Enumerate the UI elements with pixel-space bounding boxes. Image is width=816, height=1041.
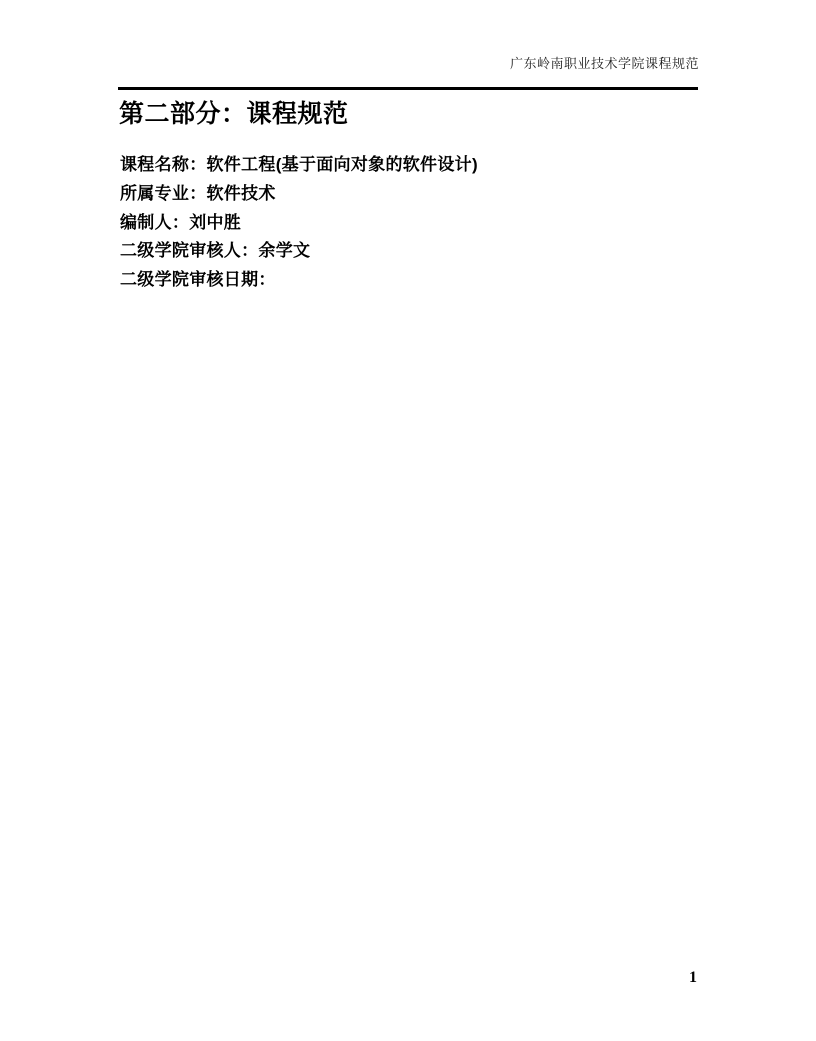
document-page: 广东岭南职业技术学院课程规范 第二部分：课程规范 课程名称：软件工程(基于面向对… [0,0,816,1041]
field-reviewer: 二级学院审核人：余学文 [120,237,716,266]
header-rule-divider [118,87,698,90]
field-label: 二级学院审核日期： [120,270,276,289]
field-label: 所属专业： [120,184,207,203]
field-author: 编制人：刘中胜 [120,209,716,238]
page-number: 1 [689,969,697,987]
section-title: 第二部分：课程规范 [119,94,349,130]
field-review-date: 二级学院审核日期： [120,266,716,295]
field-course-name: 课程名称：软件工程(基于面向对象的软件设计) [120,151,716,180]
field-list: 课程名称：软件工程(基于面向对象的软件设计) 所属专业：软件技术 编制人：刘中胜… [120,151,716,295]
field-label: 课程名称： [120,155,207,174]
running-header-text: 广东岭南职业技术学院课程规范 [510,53,699,72]
field-value: 软件工程(基于面向对象的软件设计) [207,155,478,174]
field-label: 编制人： [120,213,189,232]
field-label: 二级学院审核人： [120,241,258,260]
field-value: 刘中胜 [189,213,241,232]
field-value: 余学文 [258,241,310,260]
field-major: 所属专业：软件技术 [120,180,716,209]
field-value: 软件技术 [207,184,276,203]
